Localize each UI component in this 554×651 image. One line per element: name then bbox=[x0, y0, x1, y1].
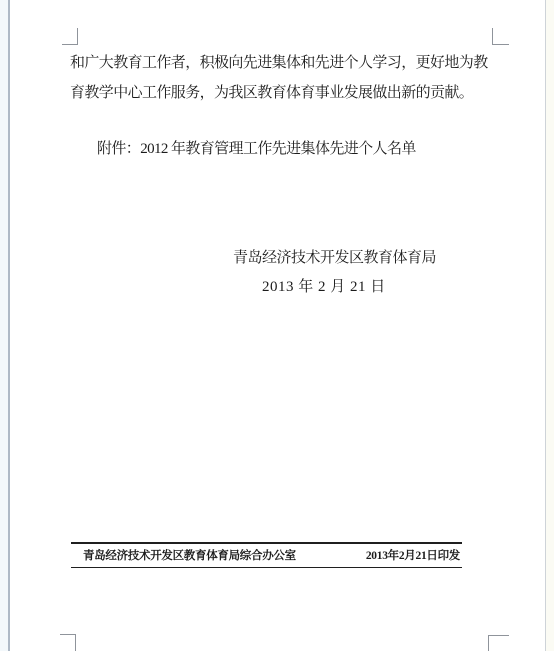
footer-print-date: 2013年2月21日印发 bbox=[366, 547, 460, 563]
crop-mark-top-right-icon bbox=[492, 28, 509, 45]
body-paragraph-line-2: 育教学中心工作服务，为我区教育体育事业发展做出新的贡献。 bbox=[70, 81, 500, 102]
crop-mark-bottom-right-icon bbox=[488, 635, 509, 651]
document-page[interactable]: 和广大教育工作者，积极向先进集体和先进个人学习，更好地为教 育教学中心工作服务，… bbox=[0, 0, 554, 651]
body-paragraph-line-1: 和广大教育工作者，积极向先进集体和先进个人学习，更好地为教 bbox=[70, 51, 500, 72]
page-left-edge bbox=[0, 0, 10, 651]
page-right-edge bbox=[545, 0, 554, 651]
crop-mark-bottom-left-icon bbox=[60, 634, 76, 651]
crop-mark-top-left-icon bbox=[62, 28, 78, 45]
footer-issuing-office: 青岛经济技术开发区教育体育局综合办公室 bbox=[83, 547, 296, 563]
document-footer: 青岛经济技术开发区教育体育局综合办公室 2013年2月21日印发 bbox=[71, 542, 462, 568]
signature-date: 2013 年 2 月 21 日 bbox=[262, 275, 386, 296]
signature-organization: 青岛经济技术开发区教育体育局 bbox=[233, 246, 436, 267]
attachment-reference-line: 附件：2012 年教育管理工作先进集体先进个人名单 bbox=[97, 137, 416, 158]
